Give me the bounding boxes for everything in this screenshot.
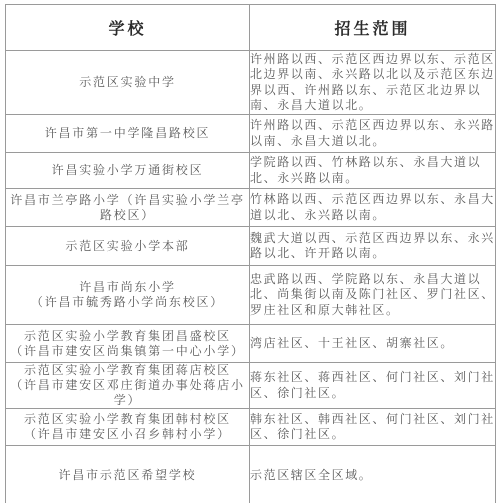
table-row: 示范区实验小学教育集团韩村校区（许昌市建安区小召乡韩村小学）韩东社区、韩西社区、… xyxy=(6,409,496,446)
enrollment-range-cell: 韩东社区、韩西社区、何门社区、刘门社区、徐门社区。 xyxy=(250,409,496,446)
school-cell: 示范区实验中学 xyxy=(6,51,250,115)
school-cell: 许昌市示范区希望学校 xyxy=(6,446,250,503)
enrollment-table: 学校 招生范围 示范区实验中学许州路以西、示范区西边界以东、示范区北边界以南、永… xyxy=(5,4,496,503)
school-name: 许昌市兰亭路小学（许昌实验小学兰亭路校区） xyxy=(6,193,249,223)
enrollment-range-cell: 魏武大道以西、示范区西边界以东、永兴路以北、许开路以南。 xyxy=(250,227,496,266)
table-row: 示范区实验小学教育集团昌盛校区（许昌市建安区尚集镇第一中心小学）湾店社区、十王社… xyxy=(6,325,496,363)
school-alias: （许昌市建安区邓庄街道办事处蒋店小学） xyxy=(6,378,249,408)
school-name: 许昌实验小学万通街校区 xyxy=(6,163,249,178)
table-row: 许昌市示范区希望学校示范区辖区全区域。 xyxy=(6,446,496,503)
school-cell: 许昌实验小学万通街校区 xyxy=(6,153,250,189)
header-range: 招生范围 xyxy=(250,5,496,51)
enrollment-range-cell: 许州路以西、示范区西边界以东、示范区北边界以南、永兴路以北以及示范区东边界以西、… xyxy=(250,51,496,115)
table-body: 示范区实验中学许州路以西、示范区西边界以东、示范区北边界以南、永兴路以北以及示范… xyxy=(6,51,496,503)
enrollment-range-cell: 示范区辖区全区域。 xyxy=(250,446,496,503)
school-cell: 示范区实验小学本部 xyxy=(6,227,250,266)
table-row: 示范区实验中学许州路以西、示范区西边界以东、示范区北边界以南、永兴路以北以及示范… xyxy=(6,51,496,115)
school-cell: 许昌市尚东小学（许昌市毓秀路小学尚东校区） xyxy=(6,266,250,325)
enrollment-range-cell: 学院路以西、竹林路以东、永昌大道以北、永兴路以南。 xyxy=(250,153,496,189)
school-name: 许昌市第一中学隆昌路校区 xyxy=(6,126,249,141)
school-alias: （许昌市建安区尚集镇第一中心小学） xyxy=(6,344,249,359)
school-cell: 示范区实验小学教育集团韩村校区（许昌市建安区小召乡韩村小学） xyxy=(6,409,250,446)
table-row: 许昌市兰亭路小学（许昌实验小学兰亭路校区）竹林路以西、示范区西边界以东、永昌大道… xyxy=(6,189,496,227)
school-name: 示范区实验小学教育集团韩村校区 xyxy=(6,412,249,427)
enrollment-range-cell: 竹林路以西、示范区西边界以东、永昌大道以北、永兴路以南。 xyxy=(250,189,496,227)
school-cell: 示范区实验小学教育集团昌盛校区（许昌市建安区尚集镇第一中心小学） xyxy=(6,325,250,363)
header-row: 学校 招生范围 xyxy=(6,5,496,51)
enrollment-range-cell: 忠武路以西、学院路以东、永昌大道以北、尚集街以南及陈门社区、罗门社区、罗庄社区和… xyxy=(250,266,496,325)
school-cell: 许昌市第一中学隆昌路校区 xyxy=(6,115,250,153)
school-name: 示范区实验小学本部 xyxy=(6,239,249,254)
table-row: 许昌实验小学万通街校区学院路以西、竹林路以东、永昌大道以北、永兴路以南。 xyxy=(6,153,496,189)
enrollment-range-cell: 蒋东社区、蒋西社区、何门社区、刘门社区、徐门社区。 xyxy=(250,363,496,409)
school-cell: 许昌市兰亭路小学（许昌实验小学兰亭路校区） xyxy=(6,189,250,227)
school-alias: （许昌市建安区小召乡韩村小学） xyxy=(6,427,249,442)
table-row: 许昌市第一中学隆昌路校区许州路以西、示范区西边界以东、永兴路以南、永昌大道以北。 xyxy=(6,115,496,153)
table-row: 示范区实验小学教育集团蒋店校区（许昌市建安区邓庄街道办事处蒋店小学）蒋东社区、蒋… xyxy=(6,363,496,409)
enrollment-range-cell: 许州路以西、示范区西边界以东、永兴路以南、永昌大道以北。 xyxy=(250,115,496,153)
school-name: 示范区实验中学 xyxy=(6,75,249,90)
school-name: 示范区实验小学教育集团昌盛校区 xyxy=(6,329,249,344)
school-alias: （许昌市毓秀路小学尚东校区） xyxy=(6,295,249,310)
school-name: 许昌市示范区希望学校 xyxy=(6,468,249,483)
school-name: 许昌市尚东小学 xyxy=(6,280,249,295)
header-school: 学校 xyxy=(6,5,250,51)
table-row: 许昌市尚东小学（许昌市毓秀路小学尚东校区）忠武路以西、学院路以东、永昌大道以北、… xyxy=(6,266,496,325)
school-cell: 示范区实验小学教育集团蒋店校区（许昌市建安区邓庄街道办事处蒋店小学） xyxy=(6,363,250,409)
table-row: 示范区实验小学本部魏武大道以西、示范区西边界以东、永兴路以北、许开路以南。 xyxy=(6,227,496,266)
enrollment-range-cell: 湾店社区、十王社区、胡寨社区。 xyxy=(250,325,496,363)
school-name: 示范区实验小学教育集团蒋店校区 xyxy=(6,363,249,378)
